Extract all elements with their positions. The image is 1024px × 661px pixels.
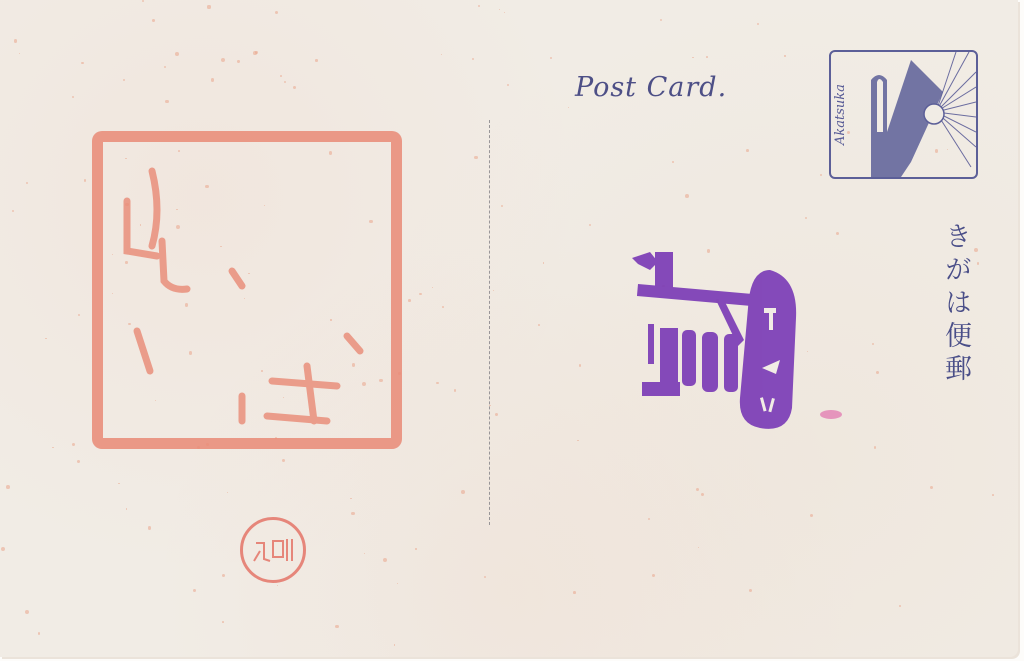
foxing-speck [123,79,125,81]
foxing-speck [6,485,10,489]
foxing-speck [876,371,880,375]
foxing-speck [672,161,674,163]
foxing-speck [237,60,239,62]
address-divider-line [489,120,490,525]
foxing-speck [805,217,807,219]
foxing-speck [757,23,759,25]
foxing-speck [836,232,839,235]
foxing-speck [652,574,655,577]
foxing-speck [350,498,351,499]
foxing-speck [441,54,442,55]
foxing-speck [419,293,421,295]
foxing-speck [543,262,544,263]
foxing-speck [648,518,650,520]
foxing-speck [589,224,591,226]
foxing-speck [992,494,994,496]
foxing-speck [499,9,500,10]
foxing-speck [538,324,540,326]
foxing-speck [698,547,699,548]
foxing-speck [746,149,749,152]
foxing-speck [436,382,438,384]
foxing-speck [207,5,210,8]
foxing-speck [1,547,5,551]
foxing-speck [577,440,579,442]
foxing-speck [432,287,433,288]
foxing-speck [282,459,285,462]
foxing-speck [810,514,813,517]
foxing-speck [72,96,74,98]
foxing-speck [749,589,752,592]
foxing-speck [77,460,80,463]
foxing-speck [977,262,980,265]
foxing-speck [221,58,225,62]
purple-cancellation-stamp [620,248,800,433]
red-round-seal-glyph [240,517,306,583]
foxing-speck [507,84,509,86]
post-card-title: Post Card. [575,72,727,103]
foxing-speck [175,52,179,56]
foxing-speck [38,632,41,635]
foxing-speck [148,526,151,529]
foxing-speck [26,182,28,184]
foxing-speck [454,389,456,391]
foxing-speck [78,314,80,316]
foxing-speck [807,351,808,352]
foxing-speck [442,306,444,308]
foxing-speck [820,174,822,176]
foxing-speck [351,512,355,516]
foxing-speck [315,59,317,61]
foxing-speck [275,11,278,14]
foxing-speck [701,493,704,496]
foxing-speck [14,39,17,42]
foxing-speck [72,443,75,446]
pink-ink-smudge [820,410,842,419]
foxing-speck [696,488,699,491]
foxing-speck [118,483,119,484]
foxing-speck [255,51,258,54]
foxing-speck [874,446,877,449]
foxing-speck [474,156,477,159]
foxing-speck [293,86,296,89]
foxing-speck [277,585,278,586]
foxing-speck [383,558,387,562]
foxing-speck [211,78,215,82]
foxing-speck [501,205,503,207]
foxing-speck [84,179,86,181]
foxing-speck [573,591,576,594]
foxing-speck [685,194,689,198]
foxing-speck [899,605,901,607]
foxing-speck [579,364,581,366]
foxing-speck [660,19,662,21]
foxing-speck [461,490,465,494]
foxing-speck [19,53,20,54]
foxing-speck [126,508,128,510]
foxing-speck [930,486,933,489]
foxing-speck [142,0,144,2]
vertical-heading-yubin-hagaki: きがは便郵 [936,222,975,387]
foxing-speck [692,57,693,58]
foxing-speck [394,644,395,645]
foxing-speck [335,625,339,629]
foxing-speck [193,589,196,592]
foxing-speck [568,107,569,108]
foxing-speck [550,57,552,59]
foxing-speck [222,574,225,577]
red-seal-glyph-strokes [92,131,402,449]
foxing-speck [364,553,365,554]
foxing-speck [484,576,486,578]
foxing-speck [284,81,286,83]
foxing-speck [52,447,54,449]
foxing-speck [164,66,166,68]
foxing-speck [408,299,411,302]
foxing-speck [493,290,495,292]
foxing-speck [152,19,155,22]
foxing-speck [872,343,875,346]
foxing-speck [81,62,84,65]
foxing-speck [227,492,228,493]
foxing-speck [784,55,785,56]
foxing-speck [495,413,498,416]
foxing-speck [397,583,399,585]
foxing-speck [45,338,47,340]
foxing-speck [504,12,506,14]
postcard-back: Post Card. Akatsuka きがは便郵 [0,0,1018,657]
foxing-speck [12,210,14,212]
stamp-box: Akatsuka [829,50,978,179]
foxing-speck [222,621,224,623]
mountain-sunrise-icon [831,52,976,177]
foxing-speck [280,75,282,77]
foxing-speck [165,100,168,103]
foxing-speck [478,5,480,7]
foxing-speck [706,56,708,58]
foxing-speck [415,548,416,549]
foxing-speck [25,610,29,614]
foxing-speck [472,58,474,60]
